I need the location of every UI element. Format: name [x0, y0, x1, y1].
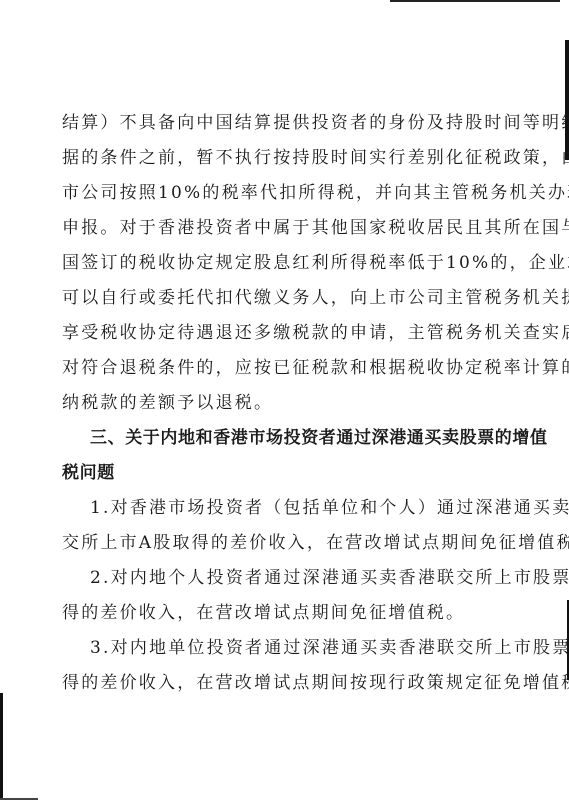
item-1-text: 1.对香港市场投资者（包括单位和个人）通过深港通买卖深	[90, 497, 485, 519]
body-text-line: 市公司按照10%的税率代扣所得税，并向其主管税务机关办理扣缴	[62, 182, 457, 204]
item-2-text: 2.对内地个人投资者通过深港通买卖香港联交所上市股票取	[90, 567, 485, 589]
body-text-line: 可以自行或委托代扣代缴义务人，向上市公司主管税务机关提出	[62, 287, 457, 309]
section-3-heading: 三、关于内地和香港市场投资者通过深港通买卖股票的增值	[90, 427, 485, 449]
scan-artifact-right-upper	[565, 40, 569, 160]
section-3-heading-cont: 税问题	[62, 462, 457, 484]
item-2-text-cont: 得的差价收入，在营改增试点期间免征增值税。	[62, 602, 457, 624]
body-text-line: 申报。对于香港投资者中属于其他国家税收居民且其所在国与中	[62, 217, 457, 239]
document-page: 结算）不具备向中国结算提供投资者的身份及持股时间等明细数 据的条件之前，暂不执行…	[0, 0, 569, 800]
scan-artifact-top	[390, 0, 560, 2]
body-text-line: 国签订的税收协定规定股息红利所得税率低于10%的，企业或个人	[62, 252, 457, 274]
scan-artifact-left	[0, 693, 3, 800]
body-text-line: 享受税收协定待遇退还多缴税款的申请，主管税务机关查实后，	[62, 322, 457, 344]
item-1-text-cont: 交所上市A股取得的差价收入，在营改增试点期间免征增值税。	[62, 532, 457, 554]
item-3-text: 3.对内地单位投资者通过深港通买卖香港联交所上市股票取	[90, 637, 485, 659]
item-3-text-cont: 得的差价收入，在营改增试点期间按现行政策规定征免增值税。	[62, 672, 457, 694]
body-text-line: 对符合退税条件的，应按已征税款和根据税收协定税率计算的应	[62, 357, 457, 379]
body-text-line: 据的条件之前，暂不执行按持股时间实行差别化征税政策，由上	[62, 147, 457, 169]
body-text-line: 结算）不具备向中国结算提供投资者的身份及持股时间等明细数	[62, 112, 457, 134]
body-text-line: 纳税款的差额予以退税。	[62, 392, 457, 414]
